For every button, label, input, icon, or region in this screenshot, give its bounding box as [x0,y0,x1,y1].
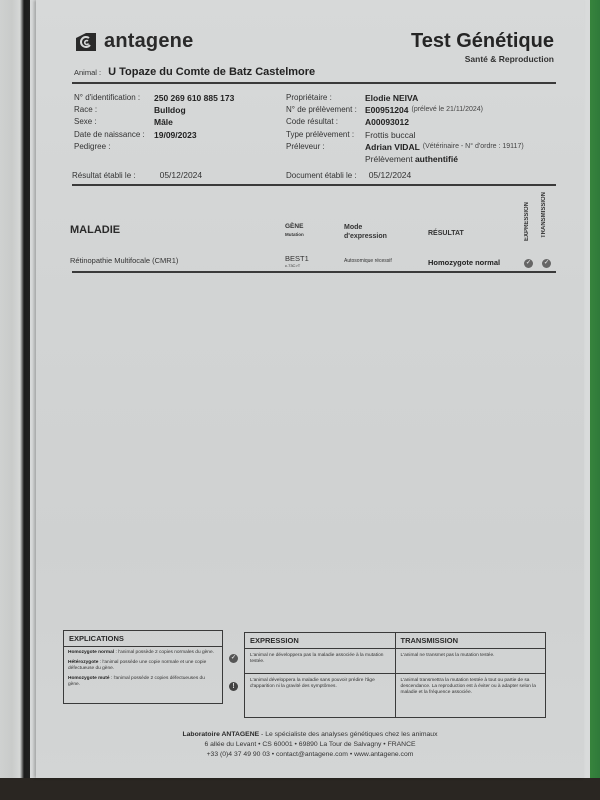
check-circle-icon: ✓ [229,654,238,663]
info-value: A00093012 [365,116,409,128]
info-row-pedigree: Pedigree : [74,141,234,153]
info-value: 19/09/2023 [154,129,197,141]
info-row-authenticated: Prélèvement authentifié [286,153,524,165]
info-note: (Vétérinaire - N° d'ordre : 19117) [423,141,524,153]
info-value: Elodie NEIVA [365,92,418,104]
header-result: RÉSULTAT [428,230,464,237]
sample-info: Propriétaire :Elodie NEIVA N° de prélève… [286,92,524,165]
document-page: antagene Test Génétique Santé & Reproduc… [36,0,584,778]
header-gene-label: GÈNE [285,223,303,230]
divider [72,82,556,84]
expression-warn-text: L'animal développera la maladie sans pou… [245,674,395,694]
result-date-value: 05/12/2024 [160,170,203,180]
footer-tagline: - Le spécialiste des analyses génétiques… [259,731,437,738]
info-row-identification: N° d'identification :250 269 610 885 173 [74,92,234,104]
footer-address: 6 allée du Levant • CS 60001 • 69890 La … [36,740,584,750]
title-subtitle: Santé & Reproduction [411,54,554,64]
explication-item: Hétérozygote : l'animal possède une copi… [68,660,218,672]
header-transmission: TRANSMISSION [541,192,547,238]
warning-circle-icon: ! [229,682,238,691]
expression-check-icon: ✓ [524,259,533,268]
explications-box: EXPLICATIONS Homozygote normal : l'anima… [63,630,223,704]
explication-text: : l'animal possède 2 copies normales du … [114,650,214,655]
info-row-birthdate: Date de naissance :19/09/2023 [74,129,234,141]
divider [72,184,556,186]
expression-column: EXPRESSION L'animal ne développera pas l… [245,633,395,717]
animal-label: Animal : [74,68,101,77]
header-mode-line2: d'expression [344,232,387,241]
expression-title: EXPRESSION [245,633,395,649]
info-value: Frottis buccal [365,129,416,141]
info-label: Type prélèvement : [286,129,365,141]
document-date: Document établi le :05/12/2024 [286,170,411,180]
transmission-ok-text: L'animal ne transmet pas la mutation tes… [396,649,546,674]
info-row-result-code: Code résultat :A00093012 [286,116,524,128]
row-mode: Autosomique récessif [344,258,392,264]
explication-term: Homozygote normal [68,650,114,655]
info-label: Propriétaire : [286,92,365,104]
logo: antagene [74,30,193,53]
transmission-warn-text: L'animal transmettra la mutation testée … [396,674,546,700]
explications-title: EXPLICATIONS [64,631,222,647]
info-value: Bulldog [154,104,186,116]
info-value: Adrian VIDAL [365,141,420,153]
document-title: Test Génétique Santé & Reproduction [411,30,554,64]
transmission-column: TRANSMISSION L'animal ne transmet pas la… [395,633,546,717]
authenticated-strong: authentifié [415,153,458,165]
result-date: Résultat établi le :05/12/2024 [72,170,202,180]
animal-name-row: Animal : U Topaze du Comte de Batz Caste… [74,66,315,78]
document-date-label: Document établi le : [286,171,357,180]
authenticated-prefix: Prélèvement [365,153,413,165]
explication-item: Homozygote normal : l'animal possède 2 c… [68,650,218,656]
row-disease: Rétinopathie Multifocale (CMR1) [70,256,178,265]
animal-name: U Topaze du Comte de Batz Castelmore [108,66,315,78]
info-label: N° d'identification : [74,92,154,104]
result-date-label: Résultat établi le : [72,171,136,180]
explications-body: Homozygote normal : l'animal possède 2 c… [64,647,222,695]
info-label: Préleveur : [286,141,365,153]
info-note: (prélevé le 21/11/2024) [412,104,483,116]
divider [72,271,556,273]
header-mode: Mode d'expression [344,223,387,241]
info-row-breed: Race :Bulldog [74,104,234,116]
header-gene: GÈNE Mutation [285,223,304,239]
info-label: Code résultat : [286,116,365,128]
info-label: Race : [74,104,154,116]
footer: Laboratoire ANTAGENE - Le spécialiste de… [36,730,584,760]
antagene-logo-icon [74,32,98,52]
expression-ok-text: L'animal ne développera pas la maladie a… [245,649,395,674]
explication-term: Hétérozygote [68,660,98,665]
explication-item: Homozygote muté : l'animal possède 2 cop… [68,676,218,688]
info-row-sex: Sexe :Mâle [74,116,234,128]
info-row-sample-type: Type prélèvement :Frottis buccal [286,129,524,141]
info-label: Pedigree : [74,141,154,153]
header-disease: MALADIE [70,224,120,236]
expression-transmission-box: EXPRESSION L'animal ne développera pas l… [244,632,546,718]
footer-line1: Laboratoire ANTAGENE - Le spécialiste de… [36,730,584,740]
info-label: Sexe : [74,116,154,128]
info-value: Mâle [154,116,173,128]
header-gene-sub: Mutation [285,231,304,239]
info-row-owner: Propriétaire :Elodie NEIVA [286,92,524,104]
row-result: Homozygote normal [428,258,500,267]
info-value: E00951204 [365,104,409,116]
row-mutation: c.73C>T [285,262,309,269]
info-label: Date de naissance : [74,129,154,141]
footer-contact: +33 (0)4 37 49 90 03 • contact@antagene.… [36,750,584,760]
info-row-sample-number: N° de prélèvement :E00951204(prélevé le … [286,104,524,116]
info-label: N° de prélèvement : [286,104,365,116]
header-mode-line1: Mode [344,223,387,232]
transmission-check-icon: ✓ [542,259,551,268]
background-bottom [0,778,600,800]
row-gene: BEST1 c.73C>T [285,255,309,269]
info-row-collector: Préleveur :Adrian VIDAL(Vétérinaire - N°… [286,141,524,153]
info-value: 250 269 610 885 173 [154,92,234,104]
header-expression: EXPRESSION [524,202,530,241]
document-date-value: 05/12/2024 [369,170,412,180]
transmission-title: TRANSMISSION [396,633,546,649]
title-main: Test Génétique [411,30,554,53]
explication-term: Homozygote muté [68,676,110,681]
logo-text: antagene [104,30,193,53]
footer-lab-name: Laboratoire ANTAGENE [182,731,259,738]
animal-info: N° d'identification :250 269 610 885 173… [74,92,234,153]
